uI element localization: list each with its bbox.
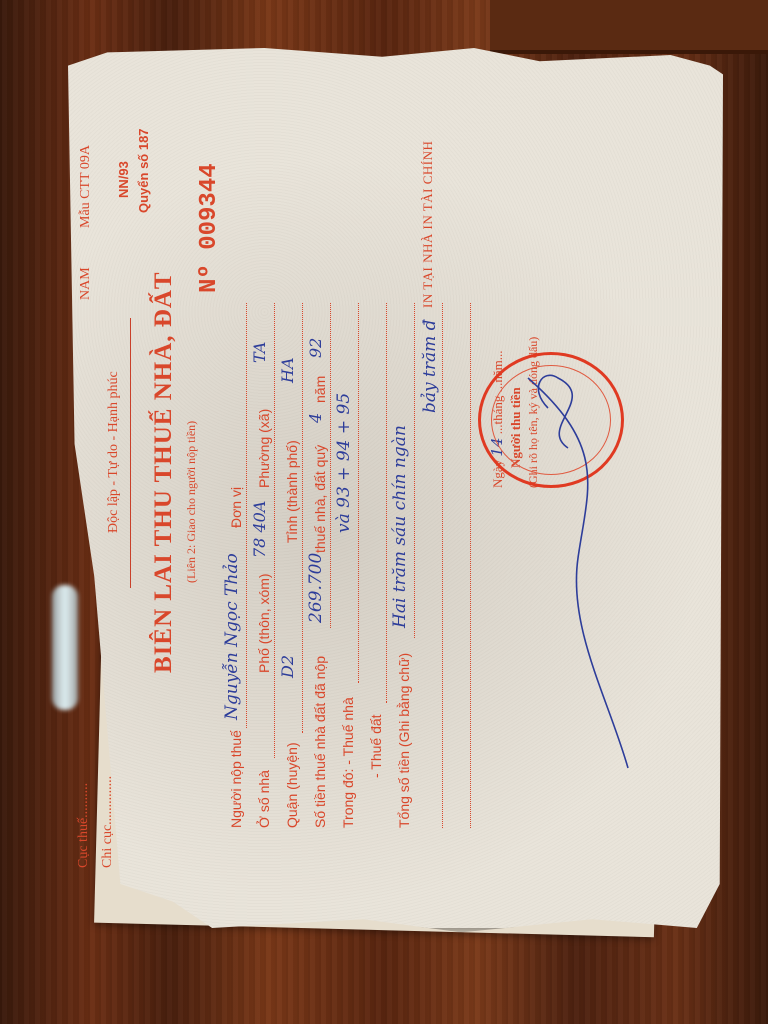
house-tax-value: và 93 + 94 + 95 [334,393,354,533]
total-label: Tổng số tiền (Ghi bằng chữ) [396,653,412,828]
cuc-thue-label: Cục thuế.......... [76,783,92,868]
total-words-line2: bảy trăm đ [420,319,440,413]
printer-imprint: IN TẠI NHÀ IN TÀI CHÍNH [420,141,436,308]
province-value: HA [278,357,297,383]
land-tax-label: - Thuế đất [368,714,384,778]
taxpayer-value: Nguyễn Ngọc Thảo [222,553,242,720]
form-code: Mẫu CTT 09A [78,145,94,228]
house-tax-label: Trong đó: - Thuế nhà [340,697,356,828]
house-number-label: Ở số nhà [256,770,272,828]
province-label: Tỉnh (thành phố) [284,440,300,543]
district-label: Quận (huyện) [284,742,300,828]
taxpayer-label: Người nộp thuế [228,730,244,828]
chi-cuc-label: Chi cục.............. [100,776,116,868]
district-value: D2 [278,655,297,678]
tax-receipt: Cục thuế.......... Chi cục..............… [68,68,688,928]
collector-signature [508,358,658,778]
wood-frame-edge [490,0,768,54]
street-label: Phố (thôn, xóm) [256,573,272,673]
unit-label: Đơn vị [228,487,244,528]
year-label: năm [312,376,328,403]
street-value: 78 40A [250,501,269,558]
series-code: NN/93 [116,161,131,198]
country-name-tail: NAM [78,267,94,300]
ward-value: TA [250,342,269,363]
period-label: thuế nhà, đất quý [312,445,328,553]
receipt-number: Nº 009344 [196,163,223,293]
year-value: 92 [306,338,325,358]
quarter-value: 4 [306,413,325,423]
paid-amount-value: 269.700 [306,553,326,623]
receipt-title: BIÊN LAI THU THUẾ NHÀ, ĐẤT [150,271,178,673]
motto: Độc lập - Tự do - Hạnh phúc [106,371,122,533]
ward-label: Phường (xã) [256,409,272,488]
total-words-line1: Hai trăm sáu chín ngàn [390,425,410,628]
receipt-subtitle: (Liên 2: Giao cho người nộp tiền) [184,421,199,583]
paid-amount-label: Số tiền thuế nhà đất đã nộp [312,656,328,828]
book-number: Quyển số 187 [136,128,151,213]
motto-underline [130,318,131,588]
